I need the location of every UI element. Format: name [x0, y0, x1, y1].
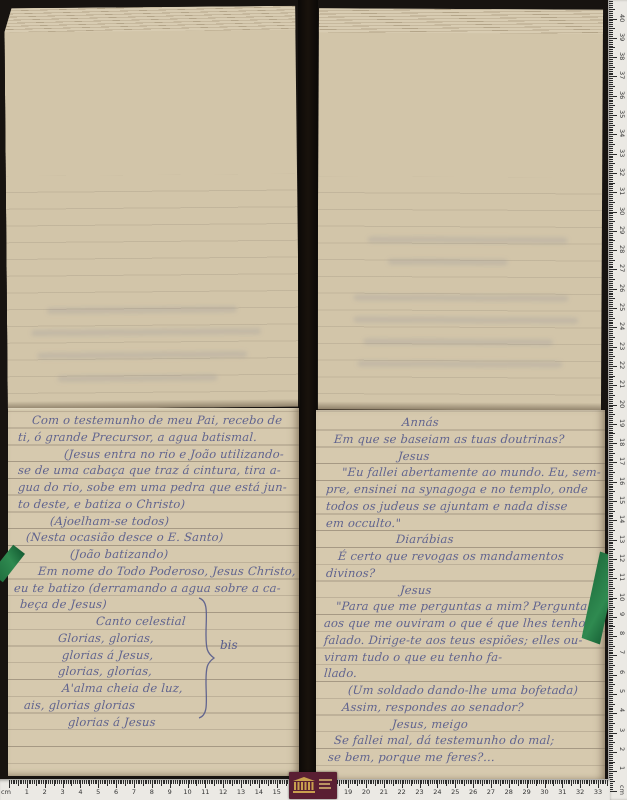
ruler-number: 10	[618, 593, 626, 603]
ruler-unit-label: cm	[618, 785, 626, 795]
right-page-text: AnnásEm que se baseiam as tuas doutrinas…	[320, 414, 603, 766]
ruler-number: 13	[234, 788, 248, 796]
manuscript-line: llado.	[319, 665, 603, 682]
ruler-number: 27	[618, 264, 626, 274]
ruler-number: 17	[618, 457, 626, 467]
manuscript-line: eu te batizo (derramando a agua sobre a …	[11, 580, 297, 597]
ruler-number: 32	[618, 168, 626, 178]
ruler-number: 19	[618, 419, 626, 429]
ruler-number: 4	[618, 708, 626, 718]
manuscript-line: glorias á Jesus,	[11, 647, 297, 664]
manuscript-line: Jesus, meigo	[319, 716, 603, 733]
ruler-number: 34	[618, 129, 626, 139]
ruler-number: 1	[20, 788, 34, 796]
manuscript-line: todos os judeus se ajuntam e nada disse	[319, 498, 603, 515]
ruler-number: 8	[618, 631, 626, 641]
ruler-number: 6	[618, 670, 626, 680]
ruler-number: 23	[618, 342, 626, 352]
manuscript-line: (João batizando)	[11, 546, 297, 563]
ruler-number: 3	[618, 728, 626, 738]
library-emblem	[289, 772, 337, 799]
ruler-number: 23	[413, 788, 427, 796]
manuscript-line: Assim, respondes ao senador?	[319, 699, 603, 716]
ruler-number: 5	[91, 788, 105, 796]
ruler-number: 11	[618, 573, 626, 583]
page-stack-edges	[319, 8, 603, 33]
ruler-number: 1	[618, 766, 626, 776]
ruler-number: 9	[163, 788, 177, 796]
left-page-text: Com o testemunho de meu Pai, recebo deti…	[12, 412, 297, 730]
ruler-number: 13	[618, 535, 626, 545]
ruler-number: 3	[56, 788, 70, 796]
manuscript-line: Com o testemunho de meu Pai, recebo de	[11, 412, 297, 429]
manuscript-line: ais, glorias glorias	[11, 697, 297, 714]
ruler-number: 29	[618, 226, 626, 236]
vertical-cm-ruler: 1234567891011121314151617181920212223242…	[608, 0, 627, 800]
ruler-number: 4	[73, 788, 87, 796]
manuscript-line: se bem, porque me feres?...	[319, 749, 603, 766]
manuscript-line: (Nesta ocasião desce o E. Santo)	[11, 529, 297, 546]
manuscript-line: "Para que me perguntas a mim? Pergunta	[319, 598, 603, 615]
ruler-number: 37	[618, 71, 626, 81]
ruler-number: 24	[430, 788, 444, 796]
ruler-number: 12	[618, 554, 626, 564]
ruler-number: 32	[573, 788, 587, 796]
manuscript-line: pre, ensinei na synagoga e no templo, on…	[319, 481, 603, 498]
ruler-number: 31	[555, 788, 569, 796]
right-page-stack-flap	[317, 8, 603, 410]
ink-bleedthrough	[354, 294, 569, 301]
manuscript-line: beça de Jesus)	[11, 596, 297, 613]
bis-annotation: bis	[220, 638, 238, 652]
manuscript-line: Canto celestial	[11, 613, 297, 630]
ruler-number: 10	[181, 788, 195, 796]
ruler-number: 30	[618, 207, 626, 217]
ruler-number: 30	[538, 788, 552, 796]
ruler-number: 28	[618, 245, 626, 255]
ruler-number: 7	[127, 788, 141, 796]
ink-bleedthrough	[368, 237, 568, 244]
ruler-number: 21	[377, 788, 391, 796]
ruler-number: 22	[618, 361, 626, 371]
ruler-number: 20	[359, 788, 373, 796]
manuscript-line: viram tudo o que eu tenho fa-	[319, 649, 603, 666]
ruler-number: 14	[252, 788, 266, 796]
ink-bleedthrough	[363, 338, 553, 345]
manuscript-line: (Um soldado dando-lhe uma bofetada)	[319, 682, 603, 699]
page-gutter	[298, 0, 318, 782]
ruler-number: 33	[618, 149, 626, 159]
ink-bleedthrough	[388, 259, 508, 266]
ruler-number: 36	[618, 91, 626, 101]
ruler-number: 26	[618, 284, 626, 294]
ruler-number: 11	[198, 788, 212, 796]
right-manuscript-page: AnnásEm que se baseiam as tuas doutrinas…	[316, 410, 605, 781]
ruler-number: 12	[216, 788, 230, 796]
manuscript-line: Se fallei mal, dá testemunho do mal;	[319, 732, 603, 749]
page-stack-edges	[4, 6, 296, 33]
manuscript-line: É certo que revogas os mandamentos	[319, 548, 603, 565]
ruler-number: 35	[618, 110, 626, 120]
ruler-number: 26	[466, 788, 480, 796]
ruler-number: 5	[618, 689, 626, 699]
left-manuscript-page: Com o testemunho de meu Pai, recebo deti…	[8, 408, 299, 776]
manuscript-line: glorias, glorias,	[11, 663, 297, 680]
manuscript-line: ti, ó grande Precursor, a agua batismal.	[11, 429, 297, 446]
faint-ruling	[6, 174, 300, 409]
left-page-stack-flap	[4, 6, 299, 410]
ruler-number: 2	[38, 788, 52, 796]
ruler-number: 15	[270, 788, 284, 796]
ruler-number: 28	[502, 788, 516, 796]
ruler-number: 16	[618, 477, 626, 487]
manuscript-line: Glorias, glorias,	[11, 630, 297, 647]
ink-bleedthrough	[353, 316, 578, 323]
ruler-number: 9	[618, 612, 626, 622]
ruler-number: 24	[618, 322, 626, 332]
ruler-number: 18	[618, 438, 626, 448]
ruler-number: 22	[395, 788, 409, 796]
manuscript-line: Em nome do Todo Poderoso, Jesus Christo,	[11, 563, 297, 580]
ruler-number: 40	[618, 14, 626, 24]
ruler-number: 14	[618, 515, 626, 525]
manuscript-line: se de uma cabaça que traz á cintura, tir…	[11, 462, 297, 479]
classical-building-icon	[293, 777, 315, 793]
manuscript-line: (Jesus entra no rio e João utilizando-	[11, 446, 297, 463]
manuscript-line: divinos?	[319, 565, 603, 582]
manuscript-line: Annás	[319, 414, 603, 431]
ruler-number: 2	[618, 747, 626, 757]
ruler-number: 39	[618, 33, 626, 43]
manuscript-line: A'alma cheia de luz,	[11, 680, 297, 697]
ruler-number: 38	[618, 52, 626, 62]
manuscript-line: em occulto."	[319, 515, 603, 532]
ruler-unit-label: cm	[1, 788, 11, 796]
manuscript-line: gua do rio, sobe em uma pedra que está j…	[11, 479, 297, 496]
manuscript-line: to deste, e batiza o Christo)	[11, 496, 297, 513]
ruler-number: 25	[618, 303, 626, 313]
manuscript-line: aos que me ouviram o que é que lhes tenh…	[319, 615, 603, 632]
ink-bleedthrough	[357, 360, 562, 367]
ruler-number: 15	[618, 496, 626, 506]
ruler-number: 27	[484, 788, 498, 796]
manuscript-line: falado. Dirige-te aos teus espiões; elle…	[319, 632, 603, 649]
manuscript-line: Em que se baseiam as tuas doutrinas?	[319, 431, 603, 448]
ruler-number: 20	[618, 400, 626, 410]
ruler-number: 29	[520, 788, 534, 796]
ruler-number: 33	[591, 788, 605, 796]
manuscript-line: Jesus	[319, 448, 603, 465]
manuscript-line: Jesus	[319, 582, 603, 599]
ruler-number: 8	[145, 788, 159, 796]
ruler-number: 7	[618, 650, 626, 660]
manuscript-line: (Ajoelham-se todos)	[11, 513, 297, 530]
ruler-number: 6	[109, 788, 123, 796]
manuscript-line: Diarábias	[319, 531, 603, 548]
manuscript-line: glorias á Jesus	[11, 714, 297, 731]
scanned-notebook-spread: Com o testemunho de meu Pai, recebo deti…	[0, 0, 627, 800]
manuscript-line: "Eu fallei abertamente ao mundo. Eu, sem…	[319, 464, 603, 481]
ruler-number: 19	[341, 788, 355, 796]
ruler-number: 31	[618, 187, 626, 197]
repeat-brace	[196, 596, 218, 724]
ruler-number: 21	[618, 380, 626, 390]
ruler-number: 25	[448, 788, 462, 796]
